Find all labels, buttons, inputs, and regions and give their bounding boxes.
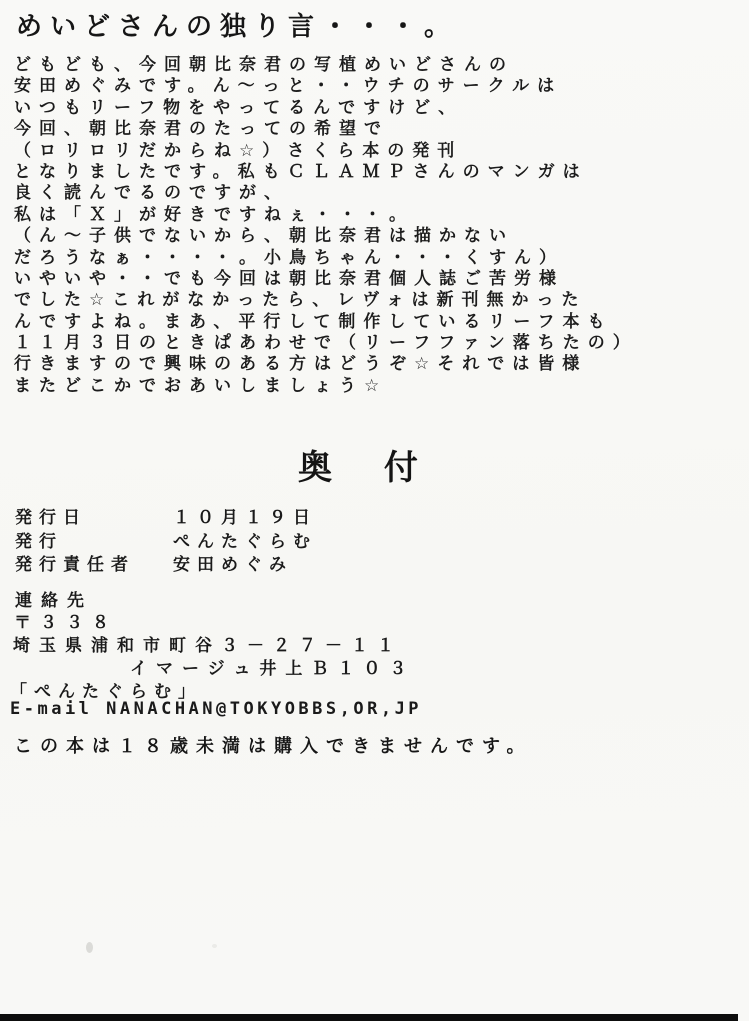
monologue-line: でした☆これがなかったら、レヴォは新刊無かった bbox=[14, 290, 638, 311]
monologue-line: いやいや・・でも今回は朝比奈君個人誌ご苦労様 bbox=[14, 269, 638, 290]
monologue-line: 行きますので興味のある方はどうぞ☆それでは皆様 bbox=[14, 354, 638, 375]
field-value: １０月１９日 bbox=[173, 503, 317, 528]
monologue-line: １１月３日のときぱあわせで（リーフファン落ちたの） bbox=[14, 333, 638, 354]
monologue-text-block: どもども、今回朝比奈君の写植めいどさんの 安田めぐみです。ん～っと・・ウチのサー… bbox=[14, 55, 638, 397]
monologue-line: 安田めぐみです。ん～っと・・ウチのサークルは bbox=[14, 76, 638, 97]
monologue-line: （ん～子供でないから、朝比奈君は描かない bbox=[14, 226, 638, 247]
postal-code: 〒３３８ bbox=[14, 608, 118, 633]
scan-speck bbox=[86, 942, 93, 953]
colophon-row-responsible-person: 発行責任者 安田めぐみ bbox=[15, 550, 293, 575]
monologue-line: どもども、今回朝比奈君の写植めいどさんの bbox=[14, 55, 638, 76]
colophon-heading: 奥 付 bbox=[298, 440, 438, 489]
email-line: E-mail NANACHAN@TOKYOBBS,OR,JP bbox=[10, 699, 422, 719]
page-title: めいどさんの独り言・・・。 bbox=[16, 6, 458, 43]
address-line1: 埼玉県浦和市町谷３－２７－１１ bbox=[13, 631, 403, 656]
monologue-line: （ロリロリだからね☆）さくら本の発刊 bbox=[14, 141, 638, 162]
monologue-line: となりましたです。私もＣＬＡＭＰさんのマンガは bbox=[14, 162, 638, 183]
field-value: ぺんたぐらむ bbox=[173, 527, 317, 552]
field-label: 発行 bbox=[15, 527, 173, 552]
monologue-line: だろうなぁ・・・・。小鳥ちゃん・・・くすん） bbox=[14, 248, 638, 269]
age-restriction-notice: この本は１８歳未満は購入できませんです。 bbox=[14, 732, 533, 758]
monologue-line: んですよね。まあ、平行して制作しているリーフ本も bbox=[14, 312, 638, 333]
colophon-row-publisher: 発行 ぺんたぐらむ bbox=[15, 527, 317, 552]
colophon-row-publish-date: 発行日 １０月１９日 bbox=[15, 503, 317, 528]
scanned-doujinshi-colophon-page: めいどさんの独り言・・・。 どもども、今回朝比奈君の写植めいどさんの 安田めぐみ… bbox=[0, 0, 749, 1021]
field-label: 発行日 bbox=[15, 503, 173, 528]
field-label: 発行責任者 bbox=[15, 550, 173, 575]
address-line2: イマージュ井上Ｂ１０３ bbox=[130, 654, 415, 679]
monologue-line: 良く読んでるのですが、 bbox=[14, 183, 638, 204]
monologue-line: 今回、朝比奈君のたっての希望で bbox=[14, 119, 638, 140]
monologue-line: 私は「Ｘ」が好きですねぇ・・・。 bbox=[14, 205, 638, 226]
monologue-line: またどこかでおあいしましょう☆ bbox=[14, 376, 638, 397]
monologue-line: いつもリーフ物をやってるんですけど、 bbox=[14, 98, 638, 119]
scan-edge-bar bbox=[0, 1014, 738, 1021]
field-value: 安田めぐみ bbox=[173, 550, 293, 575]
scan-speck bbox=[212, 944, 217, 948]
